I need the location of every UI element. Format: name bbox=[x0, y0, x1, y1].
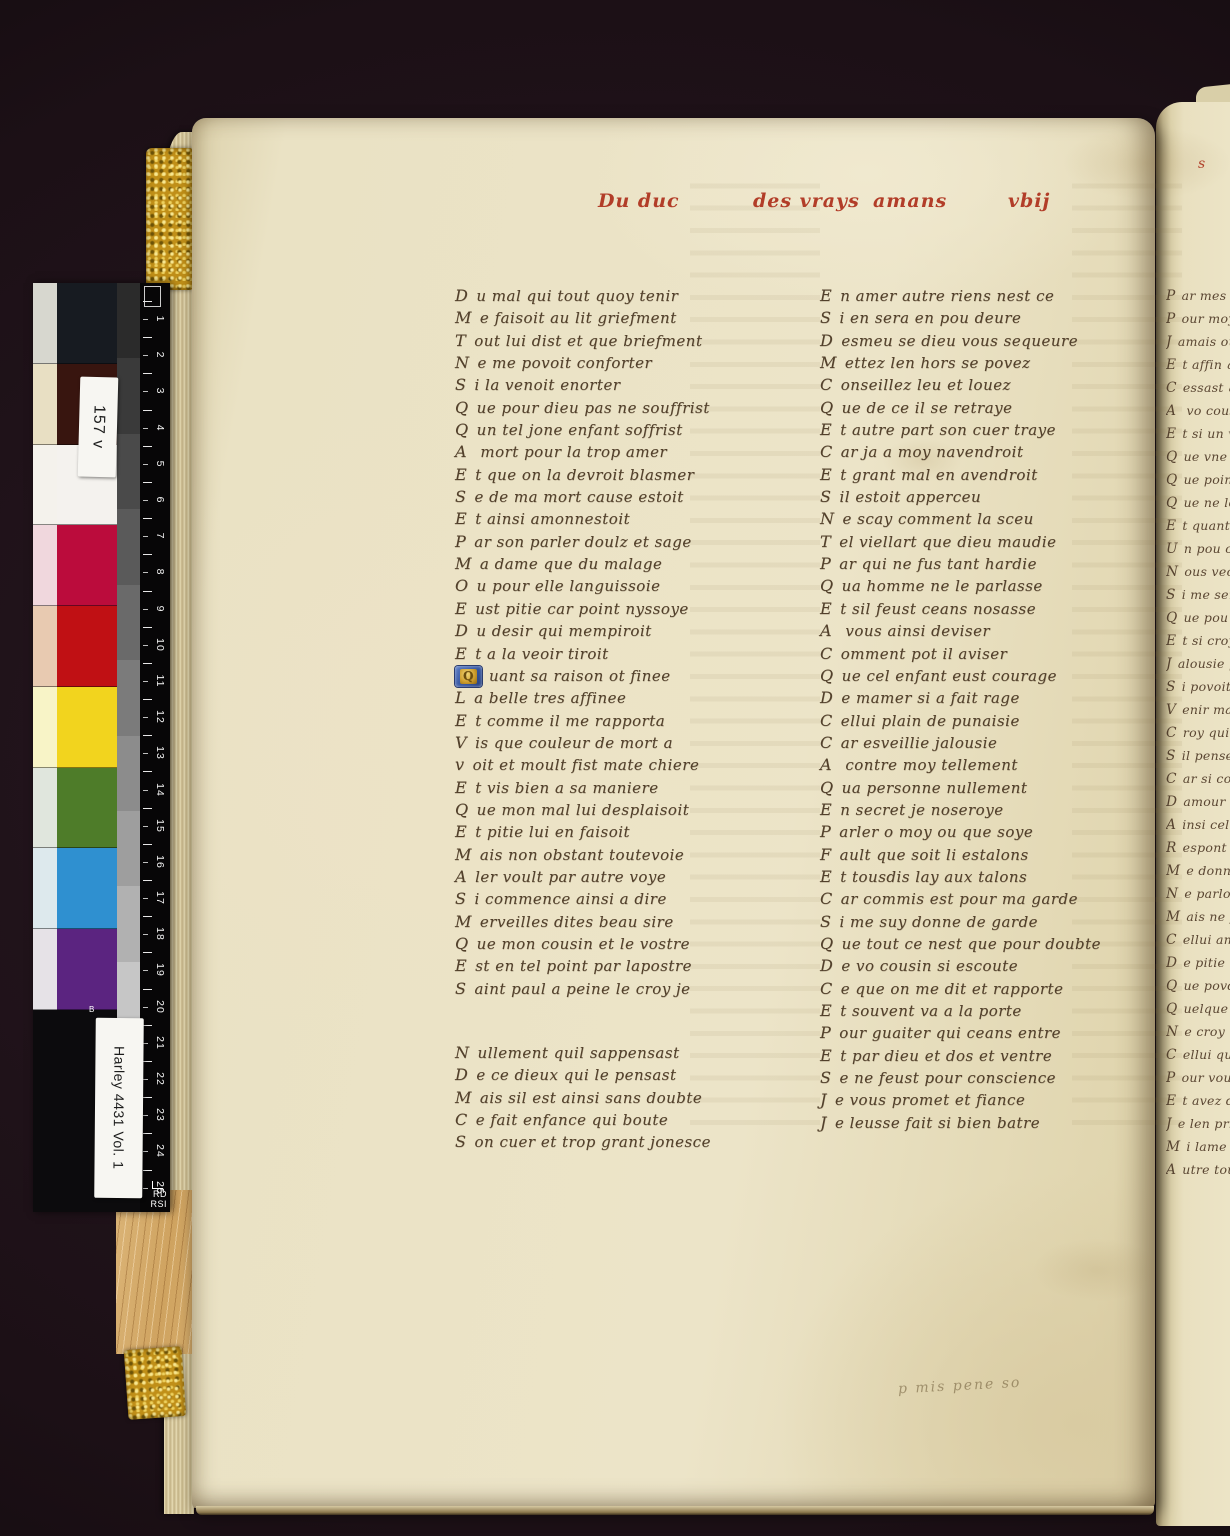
color-swatch bbox=[57, 283, 117, 364]
verse-line: Et grant mal en avendroit bbox=[820, 464, 1160, 486]
illuminated-initial-letter: Q bbox=[455, 666, 482, 687]
running-header-segment: vbij bbox=[1008, 190, 1050, 212]
ruler-number: 24 bbox=[154, 1145, 166, 1159]
verse-line: Mettez len hors se povez bbox=[820, 352, 1160, 374]
color-swatch bbox=[57, 606, 117, 687]
verse-line: Et autre part son cuer traye bbox=[820, 419, 1160, 441]
verse-line: Aler voult par autre voye bbox=[455, 866, 795, 888]
ruler-unit: 17 bbox=[140, 880, 170, 916]
color-swatch bbox=[33, 606, 57, 687]
ruler-number: 6 bbox=[154, 497, 166, 504]
verse-block: La belle tres affinee Et comme il me rap… bbox=[455, 687, 795, 1000]
manuscript-page: Du duc des vrays amans vbij Du mal qui t… bbox=[192, 118, 1155, 1508]
verse-line: Qua homme ne le parlasse bbox=[820, 575, 1160, 597]
verse-line: Et a la veoir tiroit bbox=[455, 643, 795, 665]
facing-text-line: Par mes pr bbox=[1166, 284, 1230, 307]
verse-line: Eust pitie car point nyssoye bbox=[455, 598, 795, 620]
ruler-number: 23 bbox=[154, 1108, 166, 1122]
verse-line: Je vous promet et fiance bbox=[820, 1089, 1160, 1111]
color-swatch bbox=[33, 687, 57, 768]
color-swatch bbox=[57, 929, 117, 1010]
ruler-unit: 12 bbox=[140, 699, 170, 735]
stain bbox=[1032, 1238, 1162, 1302]
verse-line: Me faisoit au lit griefment bbox=[455, 307, 795, 329]
running-header-segment: des vrays bbox=[753, 190, 860, 212]
facing-text-line: Si me semb bbox=[1166, 583, 1230, 606]
pale-swatch-column bbox=[33, 283, 57, 1010]
verse-line: La belle tres affinee bbox=[455, 687, 795, 709]
verse-line: En amer autre riens nest ce bbox=[820, 285, 1160, 307]
text-column-left: Du mal qui tout quoy tenir Me faisoit au… bbox=[455, 285, 795, 1154]
color-swatch bbox=[33, 848, 57, 929]
facing-text-line: Si povoit p bbox=[1166, 675, 1230, 698]
ruler-number: 5 bbox=[154, 460, 166, 467]
verse-line: Ce que on me dit et rapporte bbox=[820, 978, 1160, 1000]
facing-text-line: Et si un ve bbox=[1166, 422, 1230, 445]
verse-line: Vis que couleur de mort a bbox=[455, 732, 795, 754]
verse-line: De vo cousin si escoute bbox=[820, 955, 1160, 977]
ruler-number: 2 bbox=[154, 352, 166, 359]
ruler-number: 10 bbox=[154, 638, 166, 652]
ruler-number: 13 bbox=[154, 747, 166, 761]
verse-line: Fault que soit li estalons bbox=[820, 844, 1160, 866]
ruler-number: 9 bbox=[154, 605, 166, 612]
ruler-footer: RD RSI bbox=[140, 1179, 170, 1209]
verse-line: A vous ainsi deviser bbox=[820, 620, 1160, 642]
verse-line: Que mon mal lui desplaisoit bbox=[455, 799, 795, 821]
ruler-number: 3 bbox=[154, 388, 166, 395]
ruler-unit: 19 bbox=[140, 952, 170, 988]
color-swatch bbox=[33, 283, 57, 364]
verse-line: Et par dieu et dos et ventre bbox=[820, 1045, 1160, 1067]
verse-line: Se ne feust pour conscience bbox=[820, 1067, 1160, 1089]
facing-text-line: A vo cousin bbox=[1166, 399, 1230, 422]
facing-text-line: Et avez dit bbox=[1166, 1089, 1230, 1112]
facing-text-line: Damour qu bbox=[1166, 790, 1230, 813]
verse-line: Mais non obstant toutevoie bbox=[455, 844, 795, 866]
verse-gap bbox=[455, 1000, 795, 1042]
facing-text-line: Et affin qu bbox=[1166, 353, 1230, 376]
verse-line: Et pitie lui en faisoit bbox=[455, 821, 795, 843]
verse-line: Qun tel jone enfant soffrist bbox=[455, 419, 795, 441]
illuminated-initial: Q bbox=[455, 666, 482, 687]
ruler-number: 8 bbox=[154, 569, 166, 576]
facing-text-line: Que pou a p bbox=[1166, 606, 1230, 629]
verse-line: Car ja a moy navendroit bbox=[820, 441, 1160, 463]
verse-line: A contre moy tellement bbox=[820, 754, 1160, 776]
facing-text-line: Ne croy que bbox=[1166, 1020, 1230, 1043]
verse-line: Se de ma mort cause estoit bbox=[455, 486, 795, 508]
ruler-number: 16 bbox=[154, 855, 166, 869]
ruler-unit: 5 bbox=[140, 446, 170, 482]
verse-block: Nullement quil sappensast De ce dieux qu… bbox=[455, 1042, 795, 1154]
verse-line: Et vis bien a sa maniere bbox=[455, 777, 795, 799]
facing-text-line: Venir mau bbox=[1166, 698, 1230, 721]
ruler-number: 12 bbox=[154, 710, 166, 724]
ruler-number: 14 bbox=[154, 783, 166, 797]
ruler-unit: 24 bbox=[140, 1133, 170, 1169]
facing-text-line: Cessast que bbox=[1166, 376, 1230, 399]
facing-text-line: Quelque ch bbox=[1166, 997, 1230, 1020]
facing-text-line: Autre tou bbox=[1166, 1158, 1230, 1181]
verse-line: En secret je noseroye bbox=[820, 799, 1160, 821]
verse-line: Si en sera en pou deure bbox=[820, 307, 1160, 329]
ruler-number: 21 bbox=[154, 1036, 166, 1050]
ruler-number: 17 bbox=[154, 891, 166, 905]
ruler-number: 18 bbox=[154, 927, 166, 941]
verse-line: Saint paul a peine le croy je bbox=[455, 978, 795, 1000]
running-header: Du duc des vrays amans vbij bbox=[192, 190, 1155, 220]
page-bottom-edge bbox=[196, 1506, 1154, 1515]
facing-text-line: Pour vous d bbox=[1166, 1066, 1230, 1089]
verse-line: Desmeu se dieu vous sequeure bbox=[820, 330, 1160, 352]
greyscale-step bbox=[117, 434, 140, 509]
facing-text-line: Et si croy q bbox=[1166, 629, 1230, 652]
facing-text-line: Car si com bbox=[1166, 767, 1230, 790]
verse-line: Ce fait enfance qui boute bbox=[455, 1109, 795, 1131]
ruler-unit: 4 bbox=[140, 410, 170, 446]
gilt-edge-top bbox=[146, 148, 192, 290]
facing-text-line: Pour moy v bbox=[1166, 307, 1230, 330]
facing-text-line: Ainsi celle bbox=[1166, 813, 1230, 836]
ruler-unit: 15 bbox=[140, 808, 170, 844]
facing-text-column: Par mes pr Pour moy v Jamais ou Et affin… bbox=[1166, 284, 1230, 1181]
ruler-number: 7 bbox=[154, 533, 166, 540]
verse-line: Ma dame que du malage bbox=[455, 553, 795, 575]
ruler-number: 1 bbox=[154, 316, 166, 323]
verse-line: Ne me povoit conforter bbox=[455, 352, 795, 374]
verse-block: Du mal qui tout quoy tenir Me faisoit au… bbox=[455, 285, 795, 665]
greyscale-step bbox=[117, 585, 140, 660]
verse-line: voit et moult fist mate chiere bbox=[455, 754, 795, 776]
verse-line: De mamer si a fait rage bbox=[820, 687, 1160, 709]
verse-line: Son cuer et trop grant jonesce bbox=[455, 1131, 795, 1153]
ruler-unit: 7 bbox=[140, 518, 170, 554]
greyscale-step bbox=[117, 509, 140, 584]
verse-line: Que tout ce nest que pour doubte bbox=[820, 933, 1160, 955]
facing-text-line: Sil pense a bbox=[1166, 744, 1230, 767]
verse-line: Et que on la devroit blasmer bbox=[455, 464, 795, 486]
verse-line: Tout lui dist et que briefment bbox=[455, 330, 795, 352]
facing-text-line: Que ne le b bbox=[1166, 491, 1230, 514]
ruler-number: 15 bbox=[154, 819, 166, 833]
verse-line: Que pour dieu pas ne souffrist bbox=[455, 397, 795, 419]
color-swatch bbox=[33, 364, 57, 445]
verse-line: Et sil feust ceans nosasse bbox=[820, 598, 1160, 620]
facing-text-line: Que point d bbox=[1166, 468, 1230, 491]
facing-text-line: Mi lame d bbox=[1166, 1135, 1230, 1158]
verse-line: Je leusse fait si bien batre bbox=[820, 1112, 1160, 1134]
facing-text-line: Et quant f bbox=[1166, 514, 1230, 537]
verse-line: Par son parler doulz et sage bbox=[455, 531, 795, 553]
color-swatch bbox=[57, 768, 117, 849]
verse-line: Que de ce il se retraye bbox=[820, 397, 1160, 419]
verse-line: De ce dieux qui le pensast bbox=[455, 1064, 795, 1086]
color-calibration-bar: 1 2 3 4 5 bbox=[33, 283, 170, 1212]
verse-line: Du desir qui mempiroit bbox=[455, 620, 795, 642]
verse-line: Que mon cousin et le vostre bbox=[455, 933, 795, 955]
color-swatch bbox=[57, 848, 117, 929]
running-header-segment: amans bbox=[873, 190, 947, 212]
greyscale-step bbox=[117, 811, 140, 886]
verse-line: Si commence ainsi a dire bbox=[455, 888, 795, 910]
facing-text-line: Croy quil v bbox=[1166, 721, 1230, 744]
facing-text-line: Nous veoir bbox=[1166, 560, 1230, 583]
ruler-unit: 2 bbox=[140, 337, 170, 373]
facing-text-line: Je len prie bbox=[1166, 1112, 1230, 1135]
ruler-scale: 1 2 3 4 5 bbox=[140, 301, 170, 1206]
verse-line: Et ainsi amonnestoit bbox=[455, 508, 795, 530]
ruler-unit: 18 bbox=[140, 916, 170, 952]
folio-sticker: 157 v bbox=[78, 377, 119, 478]
verse-line: Merveilles dites beau sire bbox=[455, 911, 795, 933]
photo-backdrop: s Par mes pr Pour moy v Jamais ou Et aff… bbox=[0, 0, 1230, 1536]
verse-line: Est en tel point par lapostre bbox=[455, 955, 795, 977]
verse-line: Tel viellart que dieu maudie bbox=[820, 531, 1160, 553]
verse-line: Comment pot il aviser bbox=[820, 643, 1160, 665]
facing-page: s Par mes pr Pour moy v Jamais ou Et aff… bbox=[1156, 102, 1230, 1526]
shelfmark-sticker: Harley 4431 Vol. 1 bbox=[94, 1018, 144, 1198]
facing-text-line: Me donner bbox=[1166, 859, 1230, 882]
verse-line: Que cel enfant eust courage bbox=[820, 665, 1160, 687]
ruler-unit: 22 bbox=[140, 1061, 170, 1097]
facing-text-line: Cellui qui bbox=[1166, 1043, 1230, 1066]
verse-line: Ne scay comment la sceu bbox=[820, 508, 1160, 530]
verse-line: Et tousdis lay aux talons bbox=[820, 866, 1160, 888]
color-swatch bbox=[33, 445, 57, 526]
verse-line: A mort pour la trop amer bbox=[455, 441, 795, 463]
greyscale-step bbox=[117, 358, 140, 433]
facing-text-line: Jalousie p bbox=[1166, 652, 1230, 675]
facing-text-line: Cellui am bbox=[1166, 928, 1230, 951]
ruler-unit: 10 bbox=[140, 627, 170, 663]
greyscale-step bbox=[117, 736, 140, 811]
verse-line: Parler o moy ou que soye bbox=[820, 821, 1160, 843]
facing-text-line: Un pou cess bbox=[1166, 537, 1230, 560]
ruler-unit: 23 bbox=[140, 1097, 170, 1133]
verse-line-illuminated: Quant sa raison ot finee bbox=[455, 665, 795, 687]
facing-text-line: Respont ne bbox=[1166, 836, 1230, 859]
color-swatch bbox=[33, 929, 57, 1010]
ruler-unit: 1 bbox=[140, 301, 170, 337]
verse-line: Qua personne nullement bbox=[820, 777, 1160, 799]
greyscale-step bbox=[117, 283, 140, 358]
verse-line: Car commis est pour ma garde bbox=[820, 888, 1160, 910]
ruler-number: 11 bbox=[154, 675, 166, 688]
color-swatch bbox=[33, 768, 57, 849]
facing-text-line: Jamais ou bbox=[1166, 330, 1230, 353]
ruler-unit: 13 bbox=[140, 735, 170, 771]
ruler-number: 19 bbox=[154, 964, 166, 978]
facing-text-line: Mais ne fer bbox=[1166, 905, 1230, 928]
greyscale-step bbox=[117, 660, 140, 735]
ruler: 1 2 3 4 5 bbox=[140, 283, 170, 1212]
verse-line: Ou pour elle languissoie bbox=[455, 575, 795, 597]
verse-line: Sil estoit apperceu bbox=[820, 486, 1160, 508]
faint-inscription: p mis pene so bbox=[898, 1375, 1022, 1397]
verse-line: Par qui ne fus tant hardie bbox=[820, 553, 1160, 575]
ruler-unit: 16 bbox=[140, 844, 170, 880]
ruler-unit: 3 bbox=[140, 373, 170, 409]
running-header-segment: Du duc bbox=[598, 190, 680, 212]
verse-line: Si me suy donne de garde bbox=[820, 911, 1160, 933]
color-swatch bbox=[57, 687, 117, 768]
swatch-label-b: B bbox=[89, 1005, 94, 1014]
ruler-unit: 6 bbox=[140, 482, 170, 518]
greyscale-step bbox=[117, 886, 140, 961]
verse-line: Et comme il me rapporta bbox=[455, 710, 795, 732]
facing-text-line: Que povdre bbox=[1166, 974, 1230, 997]
ruler-number: 20 bbox=[154, 1000, 166, 1014]
ruler-number: 22 bbox=[154, 1072, 166, 1086]
ruler-unit: 21 bbox=[140, 1025, 170, 1061]
gilt-edge-bottom bbox=[124, 1346, 187, 1420]
verse-line: Car esveillie jalousie bbox=[820, 732, 1160, 754]
ruler-unit: 9 bbox=[140, 591, 170, 627]
verse-line: Pour guaiter qui ceans entre bbox=[820, 1022, 1160, 1044]
facing-text-line: De pitie en bbox=[1166, 951, 1230, 974]
ruler-unit: 8 bbox=[140, 554, 170, 590]
facing-text-line: Ne parloit bbox=[1166, 882, 1230, 905]
facing-header-fragment: s bbox=[1198, 156, 1205, 172]
verse-line: Mais sil est ainsi sans doubte bbox=[455, 1087, 795, 1109]
verse-line: Du mal qui tout quoy tenir bbox=[455, 285, 795, 307]
ruler-unit: 20 bbox=[140, 989, 170, 1025]
verse-line: Si la venoit enorter bbox=[455, 374, 795, 396]
facing-text-line: Que vne pit bbox=[1166, 445, 1230, 468]
color-swatch bbox=[33, 525, 57, 606]
verse-line: Et souvent va a la porte bbox=[820, 1000, 1160, 1022]
verse-line: Cellui plain de punaisie bbox=[820, 710, 1160, 732]
color-swatch bbox=[57, 525, 117, 606]
text-column-right: En amer autre riens nest ce Si en sera e… bbox=[820, 285, 1160, 1134]
ruler-number: 4 bbox=[154, 424, 166, 431]
ruler-unit: 11 bbox=[140, 663, 170, 699]
verse-line: Conseillez leu et louez bbox=[820, 374, 1160, 396]
ruler-unit: 14 bbox=[140, 771, 170, 807]
verse-line: Nullement quil sappensast bbox=[455, 1042, 795, 1064]
verse-line-text: uant sa raison ot finee bbox=[489, 665, 671, 687]
